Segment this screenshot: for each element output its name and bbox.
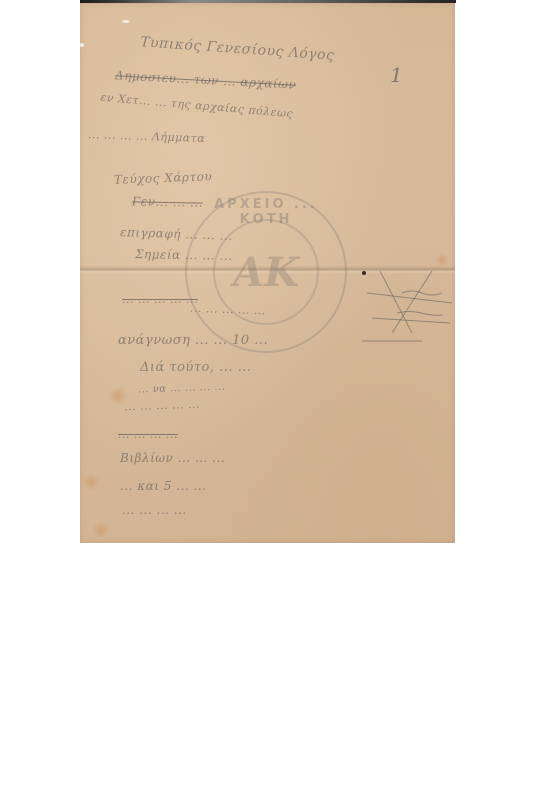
- manuscript-line: Διά τούτο, ... ...: [140, 360, 252, 375]
- manuscript-line: ανάγνωση ... ... 10 ...: [118, 333, 268, 348]
- manuscript-line: Γεν... ... ...: [132, 194, 203, 209]
- manuscript-page: ΑΡΧΕΙΟ ... ΚΟΤΗ ΑΚ 1 Τυπικός Γενεσίους Λ…: [80, 3, 455, 543]
- manuscript-line: ... να ... ... ... ...: [138, 381, 226, 395]
- crossed-lines-sketch: [362, 263, 457, 348]
- manuscript-line: ... και 5 ... ...: [120, 479, 206, 493]
- manuscript-line: ... ... ... ... ...: [190, 302, 266, 318]
- manuscript-line: ... ... ... ... ...: [122, 293, 198, 306]
- paper-stain: [435, 253, 449, 267]
- manuscript-line: ... ... ... ...: [118, 428, 178, 441]
- paper-stain: [82, 473, 100, 491]
- paper-stain: [90, 523, 112, 537]
- paper-stain: [108, 386, 128, 406]
- manuscript-line: εν Χετ... ... της αρχαίας πόλεως: [100, 91, 294, 121]
- page-number: 1: [390, 63, 403, 87]
- manuscript-line: Τεύχος Χάρτου: [114, 169, 213, 186]
- paper-tear: [80, 43, 84, 47]
- manuscript-line: ... ... ... ... ...: [124, 398, 200, 414]
- archive-stamp: ΑΡΧΕΙΟ ... ΚΟΤΗ ΑΚ: [185, 191, 347, 353]
- manuscript-line: Δημοσιευ... των ... αρχαίων: [115, 68, 297, 91]
- manuscript-line: ... ... ... ...: [122, 503, 187, 517]
- manuscript-line: επιγραφή ... ... ...: [120, 225, 233, 243]
- paper-tear: [122, 20, 130, 23]
- ink-spot: [362, 271, 366, 275]
- manuscript-line: Βιβλίων ... ... ...: [120, 451, 225, 465]
- manuscript-line: Σημεία ... ... ...: [135, 247, 233, 263]
- manuscript-line: ... ... ... ... Λήμματα: [88, 128, 206, 145]
- manuscript-title: Τυπικός Γενεσίους Λόγος: [140, 34, 335, 64]
